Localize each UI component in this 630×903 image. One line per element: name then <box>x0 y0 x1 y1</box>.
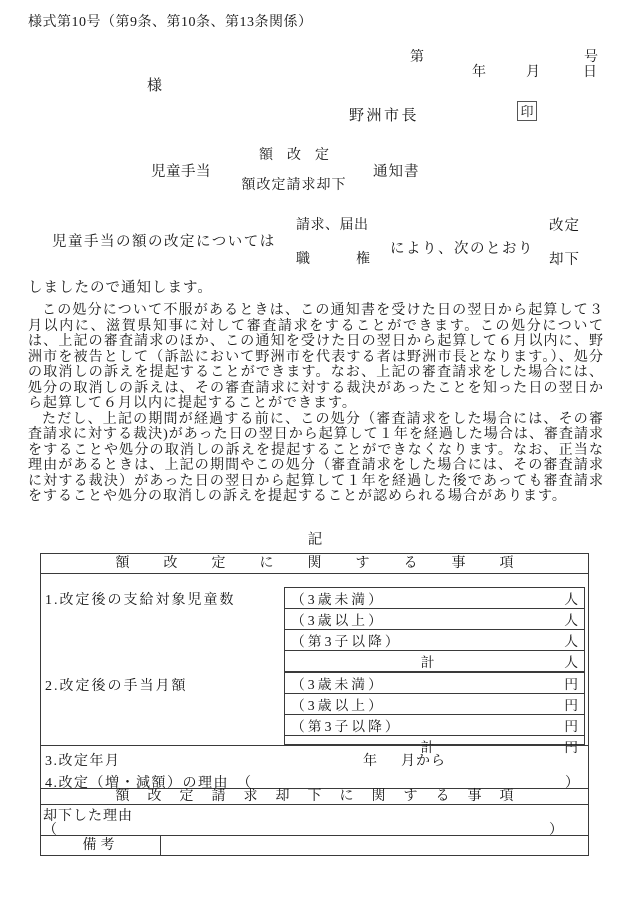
unit-label: 円 <box>564 673 578 693</box>
total-label: 計 <box>291 651 564 671</box>
table-row: （3歳以上） 人 <box>285 609 584 630</box>
section-header-rejection: 額改定請求却下に関する事項 <box>41 788 588 805</box>
title-prefix: 児童手当 <box>151 160 211 181</box>
notification-document-page: 様式第10号（第9条、第10条、第13条関係） 第 号 年 月 日 様 野洲市長… <box>0 0 630 903</box>
record-marker: 記 <box>0 528 630 549</box>
lead-option-rejected: 却下 <box>549 248 580 269</box>
unit-label: 人 <box>564 651 578 671</box>
table-row: （第3子以降） 円 <box>285 715 584 736</box>
issue-date-year-label: 年 <box>472 61 486 81</box>
age-band-label: （3歳以上） <box>291 694 385 714</box>
issue-date-month-label: 月 <box>526 61 540 81</box>
table-row-total: 計 人 <box>285 651 584 672</box>
remarks-value-cell <box>161 836 588 855</box>
addressee-honorific: 様 <box>147 74 162 95</box>
table-row: （3歳未満） 円 <box>285 673 584 694</box>
item3-label: 3.改定年月 <box>45 750 121 770</box>
title-suffix: 通知書 <box>373 160 420 181</box>
sender-name: 野洲市長 <box>349 104 419 125</box>
age-band-label: （3歳以上） <box>291 609 385 629</box>
title-option-revision: 額改定 <box>238 144 350 164</box>
section-header-revision: 額改定に関する事項 <box>41 554 588 574</box>
table-body: 1.改定後の支給対象児童数 2.改定後の手当月額 （3歳未満） 人 （3歳以上）… <box>41 575 588 745</box>
issue-date-day-label: 日 <box>583 61 597 81</box>
age-band-label: （第3子以降） <box>291 715 402 735</box>
table-row: （3歳以上） 円 <box>285 694 584 715</box>
appeal-notice-paragraph-1: この処分について不服があるときは、この通知書を受けた日の翌日から起算して３月以内… <box>28 303 604 412</box>
revision-date-and-reason-section: 3.改定年月 年 月から 4.改定（増・減額）の理由 （ ） <box>41 745 588 788</box>
item2-label: 2.改定後の手当月額 <box>45 675 188 695</box>
item1-label: 1.改定後の支給対象児童数 <box>45 589 236 609</box>
table-row: （第3子以降） 人 <box>285 630 584 651</box>
rejection-reason-section: 却下した理由 （ ） <box>41 805 588 835</box>
lead-sentence: 児童手当の額の改定については <box>52 230 276 251</box>
appeal-notice-paragraph-2: ただし、上記の期間が経過する前に、この処分（審査請求をした場合には、その審査請求… <box>28 412 604 505</box>
age-band-label: （3歳未満） <box>291 588 385 608</box>
lead-option-claim: 請求、届出 <box>296 214 369 234</box>
table-row: （3歳未満） 人 <box>285 588 584 609</box>
form-number: 様式第10号（第9条、第10条、第13条関係） <box>28 11 313 31</box>
children-and-amount-table: （3歳未満） 人 （3歳以上） 人 （第3子以降） 人 計 人 （3歳未満） <box>284 587 585 745</box>
unit-label: 人 <box>564 588 578 608</box>
title-option-rejection: 額改定請求却下 <box>238 174 350 194</box>
revision-year-label: 年 <box>363 750 377 770</box>
age-band-label: （第3子以降） <box>291 630 402 650</box>
unit-label: 円 <box>564 715 578 735</box>
age-band-label: （3歳未満） <box>291 673 385 693</box>
appeal-notice-paragraphs: この処分について不服があるときは、この通知書を受けた日の翌日から起算して３月以内… <box>28 303 604 505</box>
remarks-label: 備考 <box>41 836 161 855</box>
lead-closing: しましたので通知します。 <box>28 276 213 297</box>
unit-label: 人 <box>564 609 578 629</box>
lead-sentence-middle: により、次のとおり <box>390 237 534 258</box>
unit-label: 円 <box>564 694 578 714</box>
document-number-prefix: 第 <box>410 46 424 66</box>
seal-icon: 印 <box>517 101 537 121</box>
unit-label: 人 <box>564 630 578 650</box>
remarks-row: 備考 <box>41 835 588 855</box>
lead-option-revised: 改定 <box>549 214 580 235</box>
revision-month-from-label: 月から <box>401 750 446 770</box>
revision-details-table: 額改定に関する事項 1.改定後の支給対象児童数 2.改定後の手当月額 （3歳未満… <box>40 553 589 856</box>
